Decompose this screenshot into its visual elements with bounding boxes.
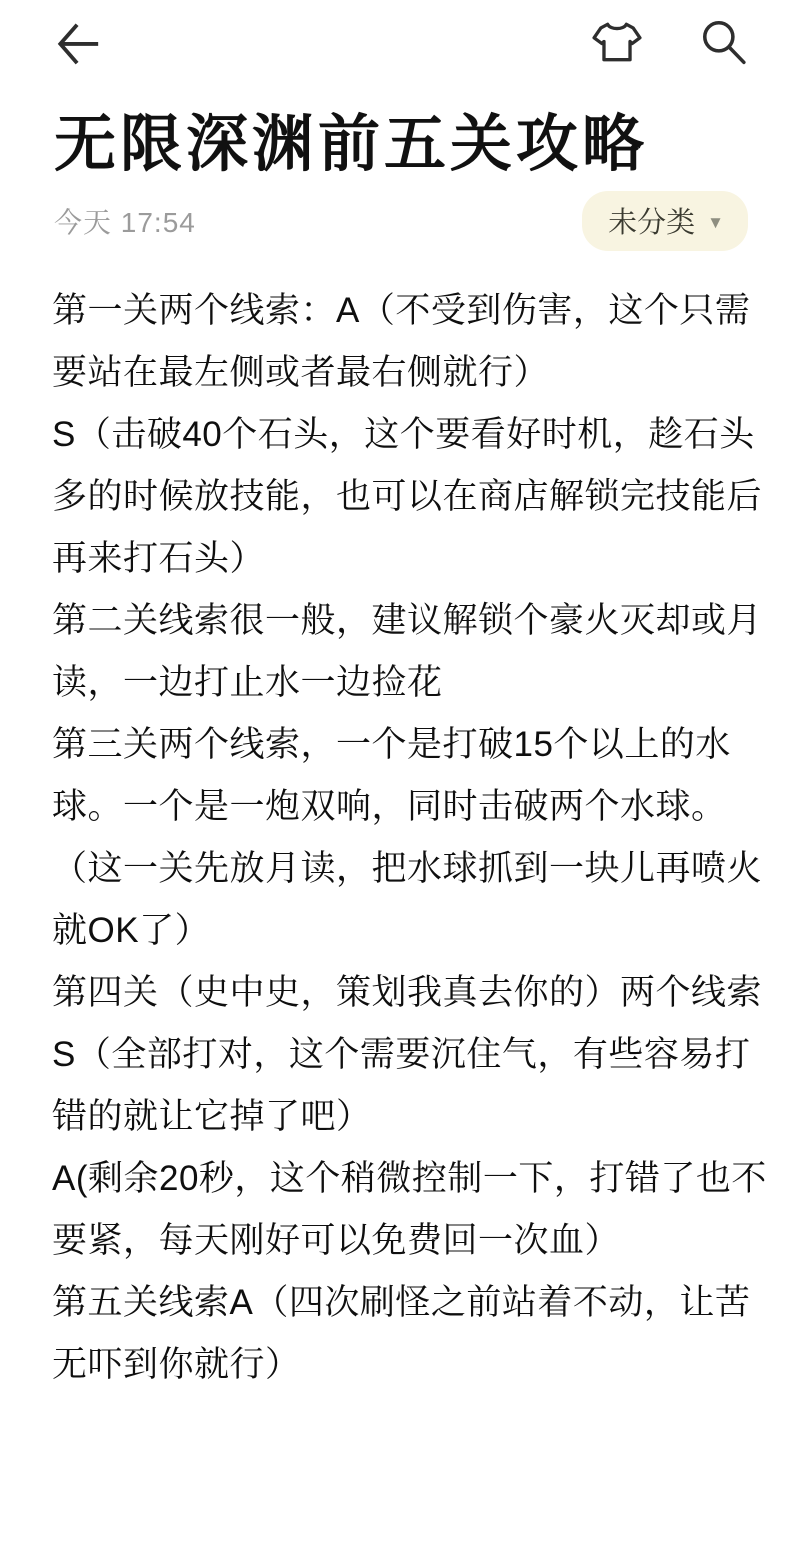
note-body-line: 第一关两个线索：A（不受到伤害，这个只需	[52, 280, 748, 342]
note-body-line: 第四关（史中史，策划我真去你的）两个线索	[52, 962, 748, 1024]
note-body-line: 错的就让它掉了吧）	[52, 1086, 748, 1148]
toolbar-right-group	[592, 17, 748, 70]
back-button[interactable]	[54, 19, 104, 68]
note-body-line: 要紧，每天刚好可以免费回一次血）	[52, 1210, 748, 1272]
theme-skin-button[interactable]	[592, 17, 642, 70]
note-body[interactable]: 第一关两个线索：A（不受到伤害，这个只需要站在最左侧或者最右侧就行）S（击破40…	[52, 280, 748, 1396]
note-body-line: （这一关先放月读，把水球抓到一块儿再喷火	[52, 838, 748, 900]
note-body-line: 要站在最左侧或者最右侧就行）	[52, 342, 748, 404]
search-icon	[698, 17, 748, 70]
note-body-line: A(剩余20秒，这个稍微控制一下，打错了也不	[52, 1148, 748, 1210]
note-page: 无限深渊前五关攻略 今天 17:54 未分类 ▼ 第一关两个线索：A（不受到伤害…	[0, 0, 800, 1542]
note-timestamp: 今天 17:54	[54, 201, 196, 241]
back-arrow-icon	[54, 19, 104, 68]
note-body-line: 再来打石头）	[52, 528, 748, 590]
note-body-line: 读，一边打止水一边捡花	[52, 652, 748, 714]
chevron-down-icon: ▼	[707, 211, 724, 231]
meta-row: 今天 17:54 未分类 ▼	[54, 196, 748, 246]
category-label: 未分类	[608, 200, 695, 241]
note-body-line: 第五关线索A（四次刷怪之前站着不动，让苦	[52, 1272, 748, 1334]
note-body-line: 就OK了）	[52, 900, 748, 962]
note-body-line: 第二关线索很一般，建议解锁个豪火灭却或月	[52, 590, 748, 652]
note-body-line: S（全部打对，这个需要沉住气，有些容易打	[52, 1024, 748, 1086]
note-title: 无限深渊前五关攻略	[54, 106, 750, 184]
toolbar	[0, 0, 800, 72]
note-body-line: 无吓到你就行）	[52, 1334, 748, 1396]
search-button[interactable]	[698, 17, 748, 70]
note-body-line: 第三关两个线索，一个是打破15个以上的水	[52, 714, 748, 776]
category-selector[interactable]: 未分类 ▼	[582, 191, 748, 251]
note-body-line: 多的时候放技能，也可以在商店解锁完技能后	[52, 466, 748, 528]
note-body-line: S（击破40个石头，这个要看好时机，趁石头	[52, 404, 748, 466]
note-body-line: 球。一个是一炮双响，同时击破两个水球。	[52, 776, 748, 838]
tshirt-icon	[592, 17, 642, 70]
